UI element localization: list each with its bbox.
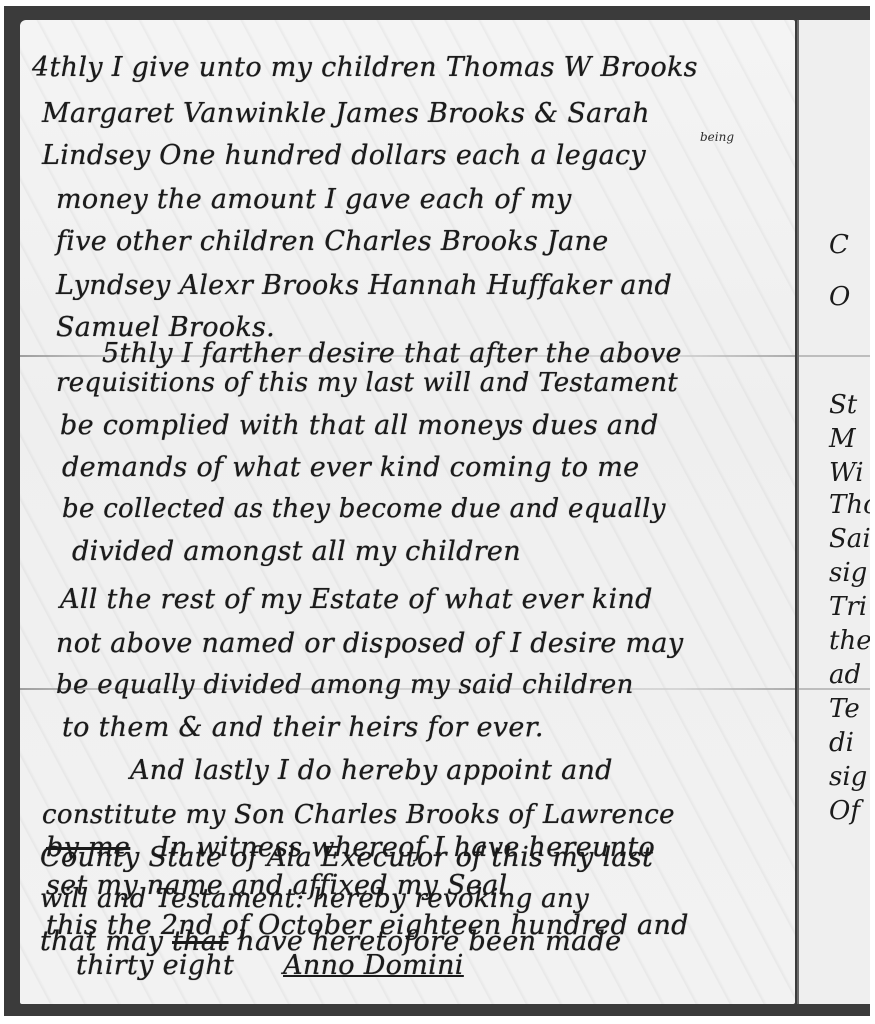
text-line: this the 2nd of October eighteen hundred… bbox=[46, 910, 689, 941]
fragment-glyph: ad bbox=[829, 660, 861, 690]
text-line: five other children Charles Brooks Jane bbox=[56, 226, 608, 257]
text-line: be complied with that all moneys dues an… bbox=[60, 410, 659, 441]
fragment-glyph: di bbox=[829, 728, 854, 758]
fragment-glyph: Sai bbox=[829, 524, 870, 554]
fragment-glyph: Tri bbox=[829, 592, 867, 622]
struck-word: by me bbox=[46, 832, 130, 863]
fragment-glyph: C bbox=[829, 230, 849, 260]
item-number: 4thly bbox=[32, 52, 103, 83]
text-line: Margaret Vanwinkle James Brooks & Sarah bbox=[42, 98, 650, 129]
text-line: 5thly I farther desire that after the ab… bbox=[102, 338, 682, 369]
item-number: 5thly bbox=[102, 338, 173, 369]
text-line: requisitions of this my last will and Te… bbox=[56, 368, 678, 398]
text-line: Lindsey One hundred dollars each a legac… bbox=[42, 140, 646, 171]
fragment-glyph: Of bbox=[829, 796, 860, 826]
fragment-glyph: Te bbox=[829, 694, 860, 724]
text-line: 4thly I give unto my children Thomas W B… bbox=[32, 52, 698, 83]
text-line: to them & and their heirs for ever. bbox=[62, 712, 544, 743]
text-line: All the rest of my Estate of what ever k… bbox=[60, 584, 653, 615]
fold-line bbox=[799, 355, 870, 357]
underlined-phrase: Anno Domini bbox=[283, 950, 464, 981]
fragment-glyph: St bbox=[829, 390, 857, 420]
text-line: money the amount I gave each of my bbox=[56, 184, 572, 215]
fragment-glyph: sig bbox=[829, 762, 867, 792]
adjacent-page-fragment: C O St M Wi Tho Sai sig Tri the ad Te di… bbox=[797, 20, 870, 1004]
text-line: constitute my Son Charles Brooks of Lawr… bbox=[42, 800, 675, 830]
fragment-glyph: the bbox=[829, 626, 870, 656]
text-line: And lastly I do hereby appoint and bbox=[130, 755, 613, 786]
fragment-glyph: Tho bbox=[829, 490, 870, 520]
text-line: divided amongst all my children bbox=[72, 536, 521, 567]
fragment-glyph: M bbox=[829, 424, 856, 454]
text-line: not above named or disposed of I desire … bbox=[56, 628, 683, 659]
text-line: by me In witness whereof I have hereunto bbox=[46, 832, 655, 863]
text-line: be collected as they become due and equa… bbox=[62, 494, 666, 524]
fragment-glyph: Wi bbox=[829, 458, 864, 488]
text-line: be equally divided among my said childre… bbox=[56, 670, 634, 700]
text-line: demands of what ever kind coming to me bbox=[62, 452, 639, 483]
text-line: Lyndsey Alexr Brooks Hannah Huffaker and bbox=[56, 270, 672, 301]
fragment-glyph: sig bbox=[829, 558, 867, 588]
fragment-glyph: O bbox=[829, 282, 850, 312]
text-line: set my name and affixed my Seal bbox=[46, 870, 507, 901]
text-line: thirty eight Anno Domini bbox=[76, 950, 464, 981]
interlinear-insert: being bbox=[700, 130, 734, 144]
